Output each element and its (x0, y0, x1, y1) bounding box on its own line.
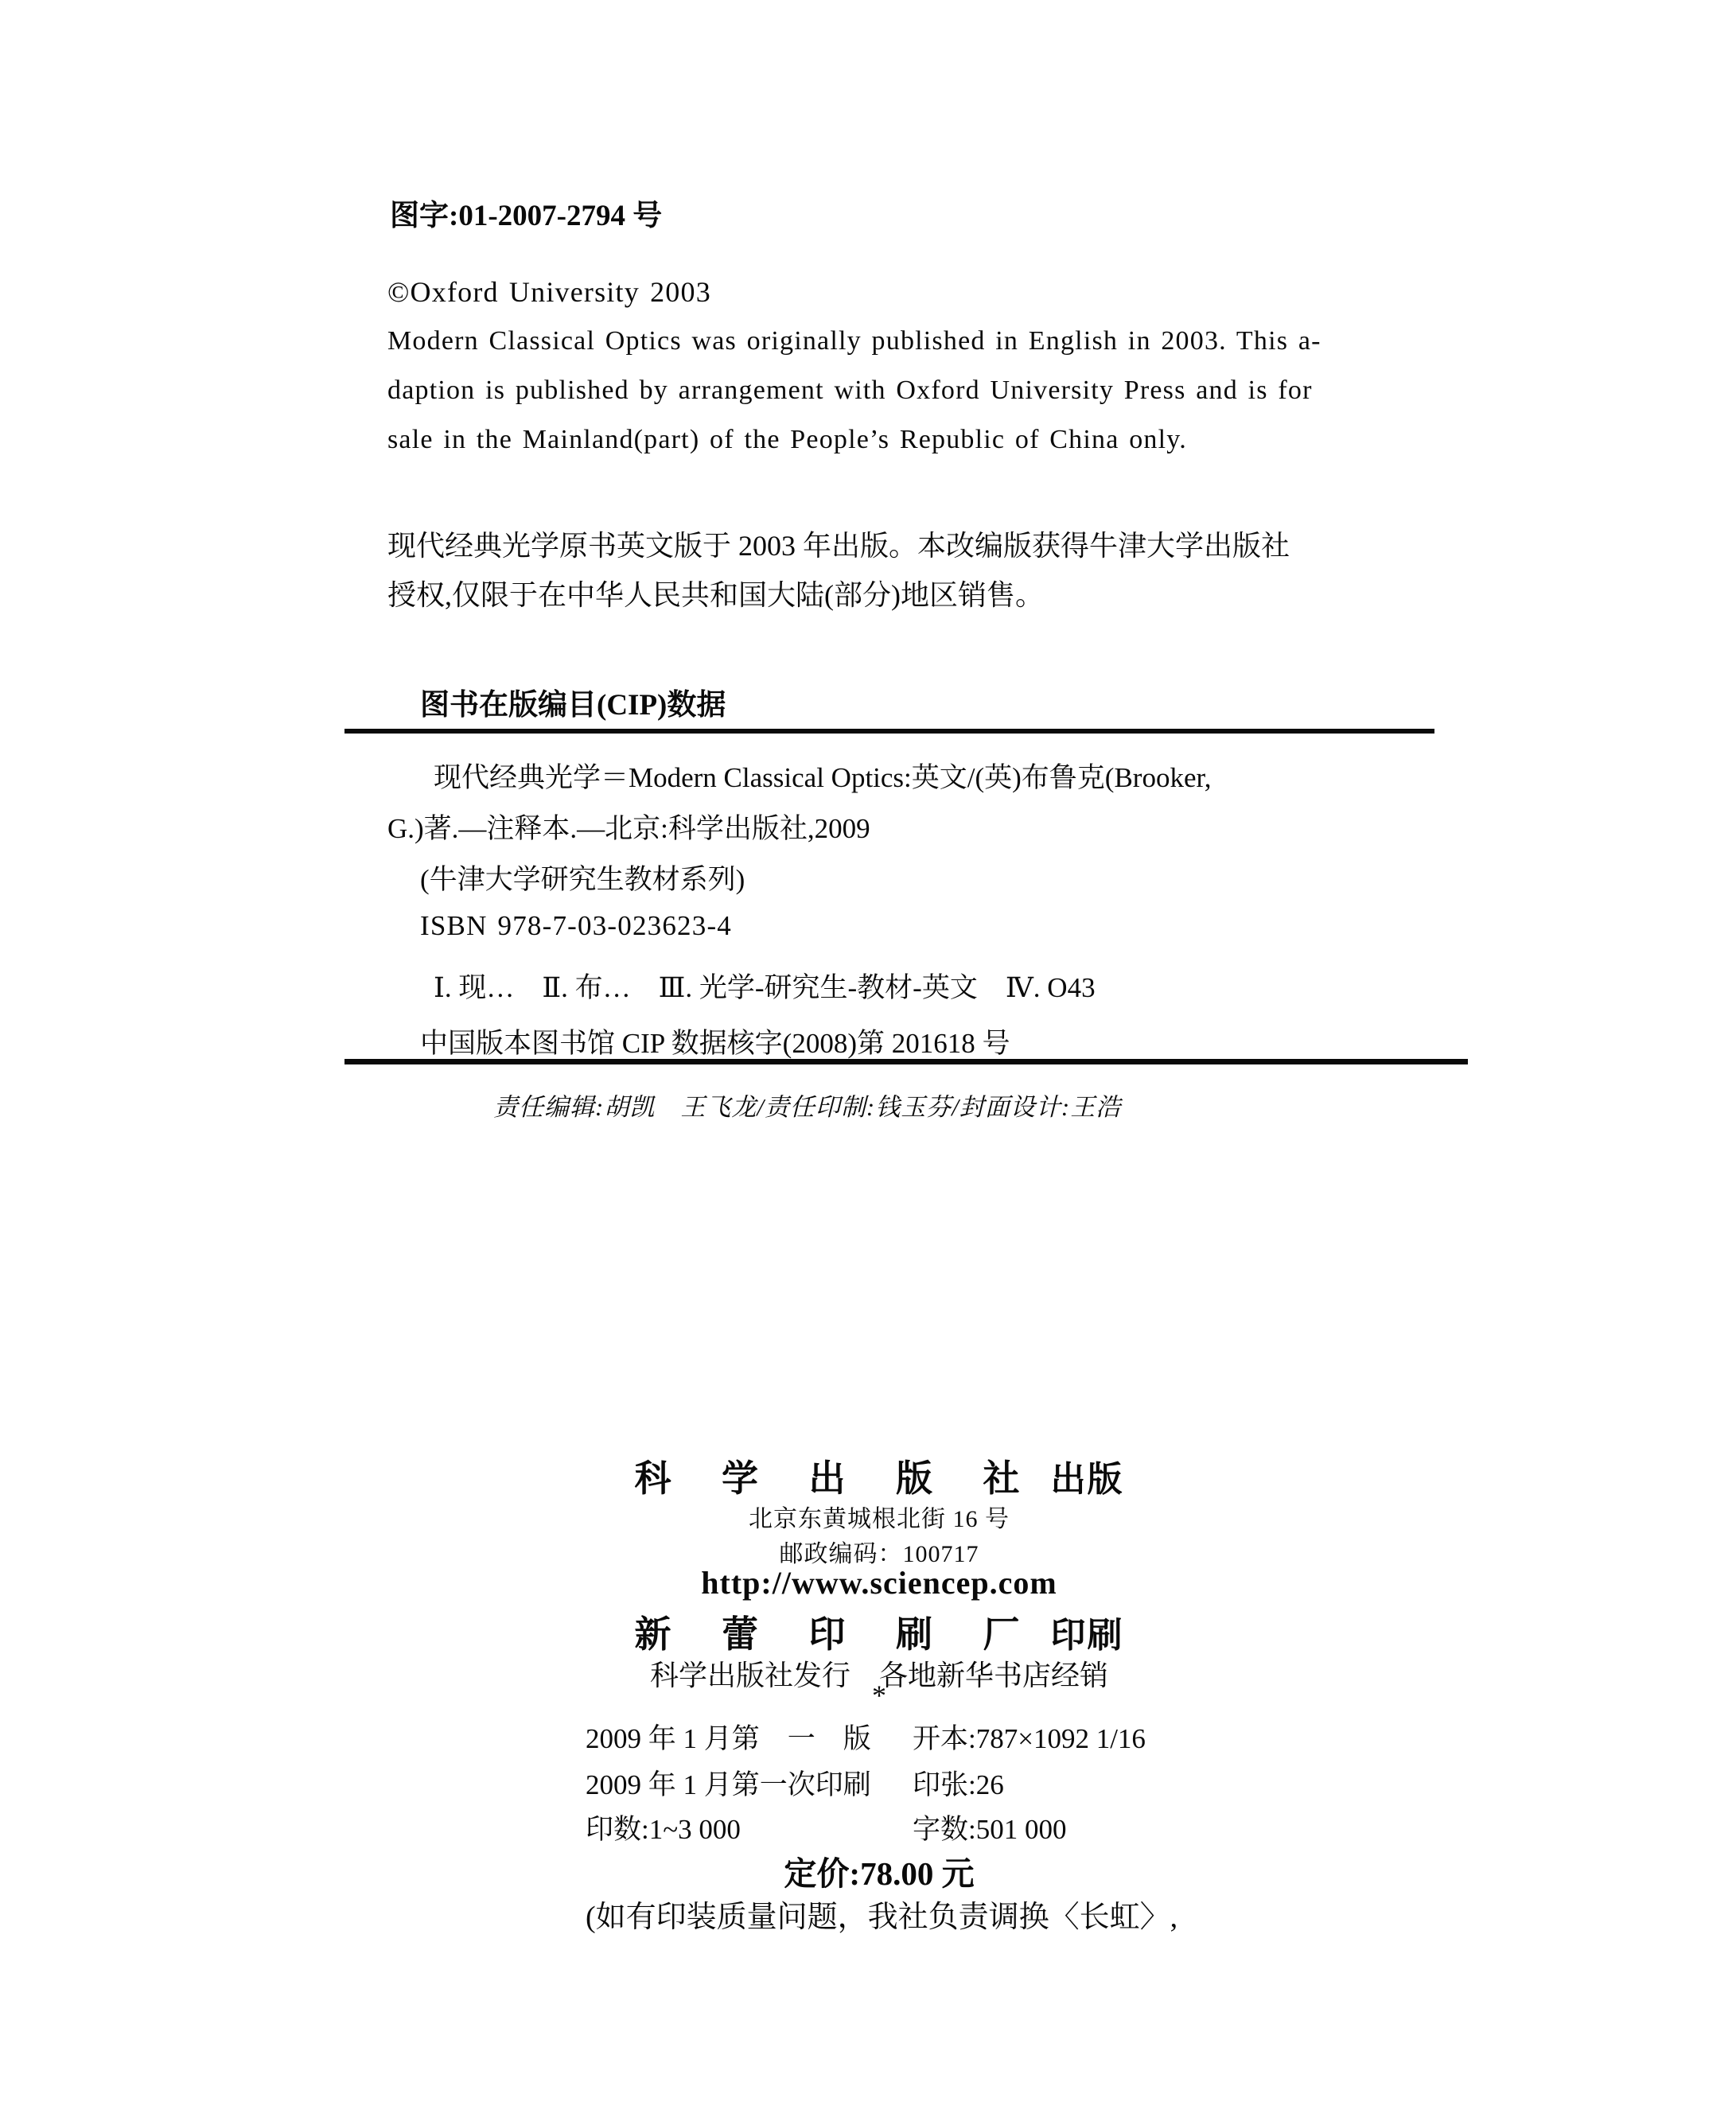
cip-line-title: 现代经典光学＝Modern Classical Optics:英文/(英)布鲁克… (434, 756, 1212, 796)
separator-star: * (477, 1679, 1281, 1712)
publisher-address-line: 北京东黄城根北街 16 号 (477, 1499, 1281, 1534)
cip-bottom-rule (344, 1059, 1468, 1064)
oxford-copyright-line: ©Oxford University 2003 (387, 275, 711, 309)
cip-top-rule (344, 729, 1434, 734)
chinese-notice-line: 授权,仅限于在中华人民共和国大陆(部分)地区销售。 (387, 573, 1044, 613)
publisher-suffix-label: 出版 (1041, 1460, 1124, 1499)
print-run-cell: 印数:1~3 000 (586, 1808, 741, 1847)
cip-line-classification: Ⅰ. 现… Ⅱ. 布… Ⅲ. 光学-研究生-教材-英文 Ⅳ. O43 (434, 966, 1096, 1006)
quality-notice-line: (如有印装质量问题，我社负责调换〈长虹〉, (586, 1892, 1177, 1936)
printing-date-cell: 2009 年 1 月第一次印刷 (586, 1763, 871, 1803)
register-number-line: 图字:01-2007-2794 号 (390, 191, 662, 234)
chinese-notice-line: 现代经典光学原书英文版于 2003 年出版。本改编版获得牛津大学出版社 (387, 523, 1290, 564)
sheets-spec-cell: 印张:26 (913, 1763, 1004, 1803)
publisher-name-line: 科 学 出 版 社 出版 (477, 1450, 1281, 1502)
english-notice-line: daption is published by arrangement with… (387, 376, 1313, 406)
staff-credits-line: 责任编辑:胡凯 王飞龙/责任印制:钱玉芬/封面设计:王浩 (493, 1087, 1121, 1123)
publisher-script-name: 科 学 出 版 社 (635, 1458, 1041, 1499)
cip-line-isbn: ISBN 978-7-03-023623-4 (420, 910, 732, 942)
cip-heading: 图书在版编目(CIP)数据 (420, 680, 726, 723)
cip-line-title-continuation: G.)著.—注释本.—北京:科学出版社,2009 (387, 807, 870, 846)
format-spec-cell: 开本:787×1092 1/16 (913, 1717, 1146, 1757)
printer-script-name: 新 蕾 印 刷 厂 (635, 1614, 1041, 1655)
english-notice-line: sale in the Mainland(part) of the People… (387, 425, 1187, 455)
printer-name-line: 新 蕾 印 刷 厂 印刷 (477, 1605, 1281, 1658)
english-notice-line: Modern Classical Optics was originally p… (387, 326, 1321, 356)
price-line: 定价:78.00 元 (477, 1847, 1281, 1894)
printer-suffix-label: 印刷 (1041, 1616, 1124, 1655)
cip-line-series: (牛津大学研究生教材系列) (420, 858, 745, 897)
edition-date-cell: 2009 年 1 月第 一 版 (586, 1717, 871, 1757)
cip-line-record-number: 中国版本图书馆 CIP 数据核字(2008)第 201618 号 (420, 1022, 1010, 1061)
word-count-cell: 字数:501 000 (913, 1808, 1066, 1847)
website-line: http://www.sciencep.com (477, 1564, 1281, 1601)
book-copyright-page: 图字:01-2007-2794 号 ©Oxford University 200… (0, 0, 1736, 2121)
